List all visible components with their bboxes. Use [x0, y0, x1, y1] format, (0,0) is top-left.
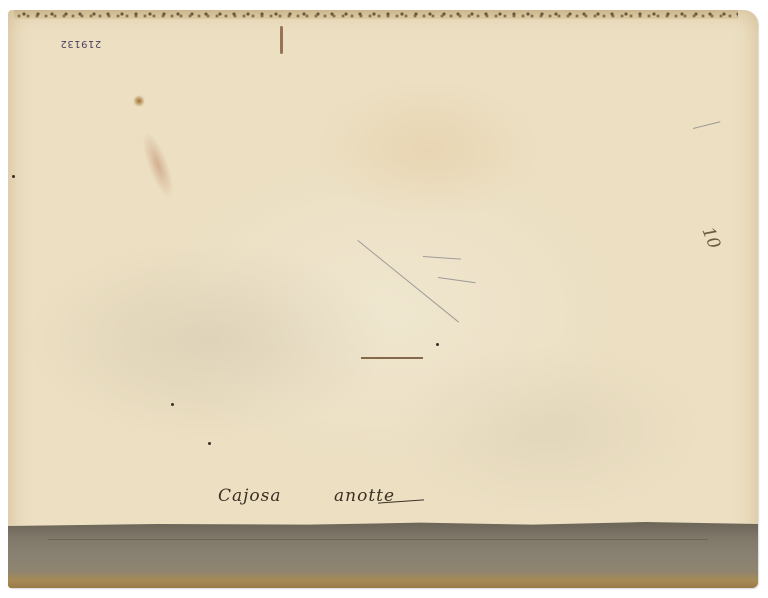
band-rule-line	[48, 539, 708, 540]
pencil-line	[357, 240, 459, 323]
stain	[133, 95, 145, 107]
pencil-line	[438, 277, 476, 283]
pencil-line	[693, 121, 720, 129]
ink-mark	[280, 26, 283, 54]
stain	[137, 129, 180, 202]
spot	[436, 343, 439, 346]
spot	[171, 403, 174, 406]
bottom-dark-band	[8, 522, 758, 588]
paper-sheet: 219132 10 Cajosa anotte	[8, 10, 758, 588]
spot	[208, 442, 211, 445]
spot	[12, 175, 15, 178]
page-number: 10	[697, 224, 724, 252]
foxed-top-edge	[14, 10, 738, 19]
pencil-line	[423, 256, 461, 260]
caption-word-1: Cajosa	[218, 486, 282, 506]
catalog-number: 219132	[60, 38, 101, 49]
ink-stroke	[361, 357, 423, 359]
